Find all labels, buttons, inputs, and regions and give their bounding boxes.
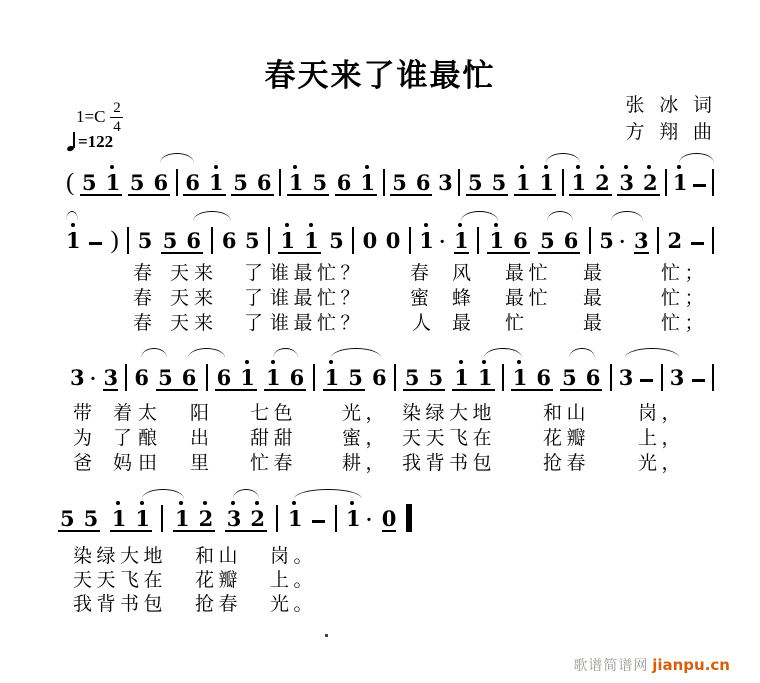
lyric-text: 天 — [170, 287, 194, 310]
lyric-text: 最忙 — [505, 262, 552, 285]
note-high: 2 — [595, 172, 610, 193]
note: 6 — [182, 367, 197, 388]
beamed-group: 61 — [183, 172, 225, 196]
barline — [161, 505, 163, 532]
note: 5 — [312, 172, 327, 193]
barline — [279, 169, 281, 196]
lyric-text: 上， — [638, 427, 685, 450]
note-high: 1 — [289, 172, 304, 193]
note: 6 — [536, 367, 551, 388]
octave-dot — [71, 223, 75, 227]
lyric-row-1-2: 春天来了谁最忙？蜜蜂最忙最忙； — [0, 287, 760, 313]
beamed-group: 16 — [264, 367, 306, 391]
note-number: 1 — [106, 172, 121, 193]
lyric-row-1-1: 春天来了谁最忙？春风最忙最忙； — [0, 262, 760, 288]
barline — [313, 364, 315, 391]
note-number: 3 — [103, 367, 118, 388]
lyric-text: 春 — [133, 262, 157, 285]
note-high: 1 — [304, 230, 319, 251]
tempo-value: =122 — [78, 132, 113, 151]
note-number: 6 — [185, 172, 200, 193]
beamed-group: 51 — [80, 172, 122, 196]
note: 5 — [428, 367, 443, 388]
music-line-3: 3·365661161565511165633 — [70, 361, 714, 391]
slur-arc — [294, 489, 361, 499]
note-number: 2 — [667, 230, 682, 251]
augmentation-dot: · — [619, 233, 626, 251]
lyric-text: 蜜， — [342, 427, 389, 450]
tonic-label: 1=C — [76, 107, 105, 127]
note: 3· — [70, 367, 96, 391]
note: 3 — [438, 172, 453, 196]
note: 6 — [372, 367, 387, 391]
slur-arc — [569, 348, 595, 358]
lyric-text: 风 — [452, 262, 476, 285]
note-number: 1 — [304, 230, 319, 251]
lyric-text: 了 — [113, 427, 137, 450]
note-number: 5 — [138, 230, 153, 251]
note-number: 3 — [70, 367, 85, 388]
note: 5 — [540, 230, 555, 251]
note-number: 3 — [227, 508, 242, 529]
note: 2 — [667, 230, 682, 254]
note-number: 3 — [670, 367, 685, 388]
note-number: 1 — [112, 508, 127, 529]
tempo-marking: =122 — [67, 130, 113, 151]
lyric-text: 为 — [73, 427, 97, 450]
note-number: 1 — [346, 508, 361, 529]
note: 5 — [245, 230, 260, 254]
octave-dot — [647, 165, 651, 169]
lyric-text: 上。 — [270, 569, 317, 592]
octave-dot — [494, 223, 498, 227]
note-number: 5 — [348, 367, 363, 388]
slur-arc — [484, 348, 521, 358]
note-number: 6 — [134, 367, 149, 388]
lyric-text: 了 — [244, 287, 268, 310]
site-name: 歌谱简谱网 — [573, 657, 648, 673]
lyric-text: 春 — [133, 312, 157, 335]
barline — [125, 364, 127, 391]
parenthesis: ) — [111, 228, 119, 253]
note: 6 — [217, 367, 232, 388]
note-high: 3 — [227, 508, 242, 529]
quarter-note-icon — [67, 130, 78, 151]
lyric-text: 天 — [170, 262, 194, 285]
note: 5· — [599, 230, 625, 254]
barline — [477, 227, 479, 254]
lyric-row-2-3: 爸妈田里忙春耕，我背书包抢春光， — [0, 452, 760, 478]
barline — [712, 227, 714, 254]
lyric-text: 最忙 — [505, 287, 552, 310]
note-high: 1 — [240, 367, 255, 388]
note-number: 3 — [619, 367, 634, 388]
beamed-group: 12 — [173, 508, 215, 532]
note-number: 1 — [135, 508, 150, 529]
parenthesis: ( — [66, 170, 74, 195]
slur-arc — [142, 489, 184, 499]
note: 5 — [138, 230, 153, 254]
lyric-text: 蜂 — [452, 287, 476, 310]
note-high: 1 — [478, 367, 493, 388]
lyric-row-2-1: 带着太阳七色光，染绿大地和山岗， — [0, 402, 760, 428]
augmentation-dot: · — [366, 511, 373, 529]
beamed-group: 16 — [487, 230, 529, 254]
note-high: 1 — [209, 172, 224, 193]
note-number: 5 — [329, 230, 344, 251]
note: 5 — [348, 367, 363, 388]
note: 5 — [329, 230, 344, 254]
barline — [458, 169, 460, 196]
slur-arc — [188, 348, 225, 358]
note: 5 — [233, 172, 248, 193]
note-number: 3 — [634, 230, 649, 251]
octave-dot — [458, 223, 462, 227]
note-number: 1 — [540, 172, 555, 193]
note-number: 5 — [233, 172, 248, 193]
note-high: 1 — [175, 508, 190, 529]
lyric-row-3-2: 天天飞在花瓣上。 — [0, 569, 760, 595]
barline — [712, 169, 714, 196]
note-number: 1 — [673, 172, 688, 193]
beamed-group: 56 — [538, 230, 580, 254]
octave-dot — [350, 501, 354, 505]
lyric-text: 光。 — [270, 593, 317, 616]
note: 6 — [513, 230, 528, 251]
note: 6 — [564, 230, 579, 251]
note-number: 1 — [478, 367, 493, 388]
note: 6 — [416, 172, 431, 193]
lyric-row-1-3: 春天来了谁最忙？人最忙最忙； — [0, 312, 760, 338]
octave-dot — [365, 165, 369, 169]
note-high: 1 — [288, 508, 303, 532]
slur-arc — [461, 211, 499, 221]
note-high: 1 — [673, 172, 688, 196]
lyric-text: 最 — [452, 312, 476, 335]
note-high: 2 — [199, 508, 214, 529]
lyric-text: 我背书包 — [73, 593, 167, 616]
octave-dot — [677, 165, 681, 169]
fraction-line — [110, 117, 123, 119]
note: 3 — [670, 367, 685, 391]
barline — [661, 364, 663, 391]
barline — [127, 227, 129, 254]
note: 6 — [153, 172, 168, 193]
beamed-group: 56 — [128, 172, 170, 196]
lyric-text: 蜜 — [410, 287, 434, 310]
note-number: 2 — [595, 172, 610, 193]
octave-dot — [293, 165, 297, 169]
octave-dot — [110, 165, 114, 169]
note-number: 6 — [586, 367, 601, 388]
lyric-text: 最 — [583, 262, 607, 285]
note-number: 6 — [217, 367, 232, 388]
note-number: 6 — [290, 367, 305, 388]
lyric-text: 天天飞在 — [73, 569, 167, 592]
octave-dot — [576, 165, 580, 169]
octave-dot — [140, 501, 144, 505]
note-number: 5 — [562, 367, 577, 388]
octave-dot — [309, 223, 313, 227]
note: 6 — [186, 230, 201, 251]
site-url-link[interactable]: jianpu.cn — [652, 656, 730, 674]
note: 6 — [337, 172, 352, 193]
barline — [665, 169, 667, 196]
beamed-group: 11 — [278, 230, 320, 254]
note-number: 5 — [392, 172, 407, 193]
note: 5 — [130, 172, 145, 193]
note: 5 — [492, 172, 507, 193]
note: 6 — [134, 367, 149, 391]
lyric-text: 花瓣 — [543, 427, 590, 450]
note-number: 5 — [405, 367, 420, 388]
note-number: 5 — [84, 508, 99, 529]
music-line-1: (515661561561563551112321 — [66, 166, 714, 196]
note-high: 3 — [619, 172, 634, 193]
note-number: 1 — [454, 367, 469, 388]
lyric-text: 天 — [170, 312, 194, 335]
beamed-group: 55 — [58, 508, 100, 532]
note-number: 3 — [438, 172, 453, 193]
lyric-text: 春 — [133, 287, 157, 310]
slur-arc — [611, 211, 643, 221]
lyric-text: 最 — [583, 287, 607, 310]
barline — [502, 364, 504, 391]
note-number: 6 — [337, 172, 352, 193]
duration-dash — [89, 242, 102, 246]
note-number: 6 — [513, 230, 528, 251]
lyric-text: 我背书包 — [402, 452, 496, 475]
note-number: 1 — [175, 508, 190, 529]
note-high: 1 — [266, 367, 281, 388]
octave-dot — [203, 501, 207, 505]
meter-denominator: 4 — [113, 120, 121, 134]
note: 0 — [363, 230, 378, 254]
note-high: 1· — [346, 508, 372, 532]
beamed-group: 56 — [560, 367, 602, 391]
octave-dot — [482, 360, 486, 364]
lyric-text: 耕， — [342, 452, 389, 475]
lyric-text: 忙； — [661, 262, 708, 285]
note-number: 6 — [372, 367, 387, 388]
lyric-text: 谁最忙？ — [270, 287, 364, 310]
note-high: 1 — [135, 508, 150, 529]
note-number: 1 — [454, 230, 469, 251]
duration-dash — [691, 242, 704, 246]
note-number: 1 — [516, 172, 531, 193]
note-high: 1 — [454, 367, 469, 388]
duration-dash — [312, 520, 325, 524]
barline — [352, 227, 354, 254]
note: 5 — [84, 508, 99, 529]
lyric-text: 和山 — [543, 402, 590, 425]
note-high: 1 — [106, 172, 121, 193]
lyric-text: 阳 — [190, 402, 214, 425]
lyric-text: 谁最忙？ — [270, 312, 364, 335]
lyric-text: 忙； — [661, 312, 708, 335]
lyricist-credit: 张 冰 词 — [625, 92, 712, 119]
lyric-text: 来 — [194, 312, 218, 335]
lyric-text: 谁最忙？ — [270, 262, 364, 285]
time-signature: 2 4 — [110, 101, 123, 134]
credits: 张 冰 词 方 翔 曲 — [625, 92, 712, 146]
note-number: 2 — [199, 508, 214, 529]
note: 0 — [382, 508, 397, 532]
note: 5 — [392, 172, 407, 193]
sheet-music-page: 春天来了谁最忙 张 冰 词 方 翔 曲 1=C 2 4 =122 (515661… — [0, 0, 760, 683]
note-number: 1 — [513, 367, 528, 388]
barline — [409, 227, 411, 254]
lyric-text: 妈 — [113, 452, 137, 475]
slur-arc — [273, 348, 299, 358]
note-high: 1 — [325, 367, 340, 388]
final-barline — [406, 504, 412, 532]
slur-arc — [66, 211, 78, 221]
barline — [176, 169, 178, 196]
note: 5 — [163, 230, 178, 251]
octave-dot — [231, 501, 235, 505]
slur-arc — [160, 153, 194, 163]
note-number: 5 — [428, 367, 443, 388]
lyric-text: 花瓣 — [195, 569, 242, 592]
lyric-text: 忙； — [661, 287, 708, 310]
note: 5 — [82, 172, 97, 193]
lyric-text: 忙春 — [250, 452, 297, 475]
note-high: 1 — [66, 230, 81, 254]
slur-arc — [193, 211, 231, 221]
beamed-group: 12 — [569, 172, 611, 196]
key-signature: 1=C 2 4 — [76, 101, 123, 134]
beamed-group: 32 — [225, 508, 267, 532]
stray-mark — [325, 634, 328, 637]
slur-arc — [546, 153, 580, 163]
beamed-group: 16 — [511, 367, 553, 391]
song-title: 春天来了谁最忙 — [0, 50, 760, 95]
beamed-group: 56 — [390, 172, 432, 196]
note-number: 5 — [82, 172, 97, 193]
note: 5 — [60, 508, 75, 529]
lyric-text: 和山 — [195, 545, 242, 568]
lyric-text: 染绿大地 — [402, 402, 496, 425]
note-number: 0 — [386, 230, 401, 251]
note: 6 — [586, 367, 601, 388]
note-number: 6 — [536, 367, 551, 388]
octave-dot — [544, 165, 548, 169]
note: 3 — [619, 367, 634, 391]
lyric-text: 了 — [244, 312, 268, 335]
note-number: 6 — [416, 172, 431, 193]
note-number: 1 — [209, 172, 224, 193]
note-high: 2 — [250, 508, 265, 529]
note-number: 5 — [540, 230, 555, 251]
lyric-text: 了 — [244, 262, 268, 285]
lyric-text: 酿 — [138, 427, 162, 450]
lyric-text: 忙 — [505, 312, 529, 335]
lyric-text: 来 — [194, 262, 218, 285]
note-number: 6 — [186, 230, 201, 251]
lyric-row-2-2: 为了酿出甜甜蜜，天天飞在花瓣上， — [0, 427, 760, 453]
note: 3 — [634, 230, 649, 254]
barline — [206, 364, 208, 391]
note-number: 0 — [382, 508, 397, 529]
slur-arc — [141, 348, 167, 358]
note-number: 1 — [280, 230, 295, 251]
beamed-group: 56 — [156, 367, 198, 391]
lyric-row-3-1: 染绿大地和山岗。 — [0, 545, 760, 571]
octave-dot — [116, 501, 120, 505]
slur-arc — [547, 211, 573, 221]
lyric-text: 出 — [190, 427, 214, 450]
note-high: 2 — [643, 172, 658, 193]
lyric-text: 人 — [412, 312, 436, 335]
note: 5 — [405, 367, 420, 388]
note-number: 2 — [643, 172, 658, 193]
note-number: 1 — [289, 172, 304, 193]
duration-dash — [693, 184, 706, 188]
note-high: 1 — [280, 230, 295, 251]
note-number: 6 — [153, 172, 168, 193]
beamed-group: 56 — [231, 172, 273, 196]
barline — [335, 505, 337, 532]
note: 0 — [386, 230, 401, 254]
lyric-text: 光， — [638, 452, 685, 475]
note: 6 — [222, 230, 237, 254]
slur-arc — [233, 489, 259, 499]
note-number: 6 — [182, 367, 197, 388]
lyric-text: 光， — [342, 402, 389, 425]
beamed-group: 56 — [161, 230, 203, 254]
barline — [383, 169, 385, 196]
note-number: 5 — [468, 172, 483, 193]
beamed-group: 61 — [215, 367, 257, 391]
barline — [610, 364, 612, 391]
note-number: 5 — [130, 172, 145, 193]
note-number: 5 — [60, 508, 75, 529]
note-high: 1 — [112, 508, 127, 529]
lyric-text: 最 — [583, 312, 607, 335]
note: 6 — [290, 367, 305, 388]
barline — [394, 364, 396, 391]
lyric-text: 带 — [73, 402, 97, 425]
octave-dot — [329, 360, 333, 364]
slur-arc — [625, 348, 678, 358]
composer-credit: 方 翔 曲 — [625, 119, 712, 146]
beamed-group: 15 — [287, 172, 329, 196]
barline — [712, 364, 714, 391]
music-line-4: 5511123211·0 — [58, 502, 412, 532]
music-line-2: 1)55665115001·116565·32 — [66, 224, 714, 254]
lyric-text: 染绿大地 — [73, 545, 167, 568]
note-number: 1 — [419, 230, 434, 251]
augmentation-dot: · — [90, 370, 97, 388]
note-number: 5 — [245, 230, 260, 251]
lyric-text: 田 — [138, 452, 162, 475]
note-number: 5 — [492, 172, 507, 193]
beamed-group: 61 — [335, 172, 377, 196]
duration-dash — [692, 379, 705, 383]
note-number: 6 — [564, 230, 579, 251]
lyric-row-3-3: 我背书包抢春光。 — [0, 593, 760, 619]
note: 5 — [158, 367, 173, 388]
note-high: 1 — [454, 230, 469, 254]
lyric-text: 抢春 — [195, 593, 242, 616]
octave-dot — [424, 223, 428, 227]
octave-dot — [520, 165, 524, 169]
octave-dot — [459, 360, 463, 364]
lyric-text: 来 — [194, 287, 218, 310]
beamed-group: 55 — [466, 172, 508, 196]
note-number: 5 — [163, 230, 178, 251]
